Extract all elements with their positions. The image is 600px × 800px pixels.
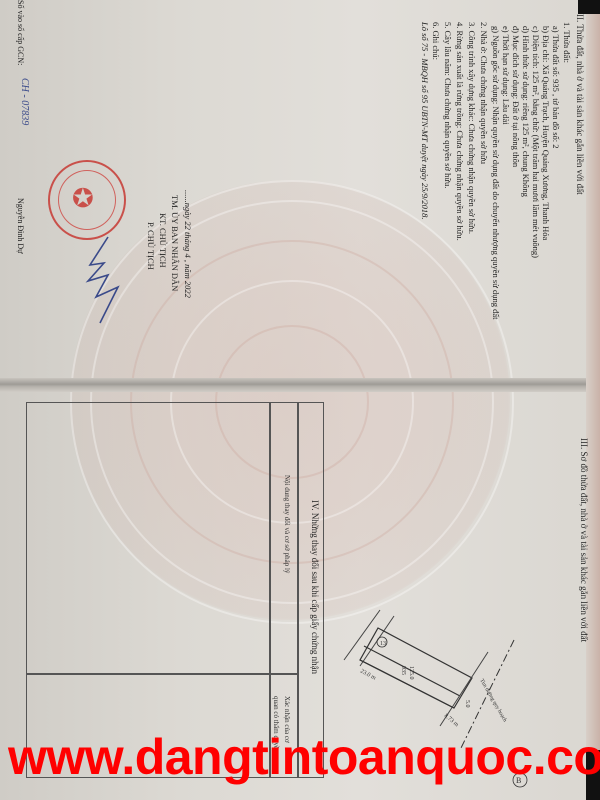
item-note-text: Lô số 75 - MBQH số 95 UBTN-MT duyệt ngày… <box>419 22 430 219</box>
svg-text:5.0: 5.0 <box>464 700 470 708</box>
signer-name: Nguyễn Đình Dự <box>15 198 26 253</box>
item-perennial: 5. Cây lâu năm: Chưa chứng nhận quyền sở… <box>442 22 453 188</box>
svg-text:13: 13 <box>380 641 386 647</box>
col-change-content: Nội dung thay đổi và cơ sở pháp lý <box>281 475 292 573</box>
svg-text:23.0 m: 23.0 m <box>359 668 377 681</box>
table-divider <box>27 673 299 675</box>
sign-date: ......ngày 22 tháng 4 , năm 2022 <box>182 190 193 298</box>
svg-text:8.73 m: 8.73 m <box>443 713 460 729</box>
item-house: 2. Nhà ở: Chưa chứng nhận quyền sở hữu <box>478 22 489 164</box>
svg-text:935: 935 <box>400 666 406 675</box>
star-emblem-icon: ✪ <box>72 186 94 212</box>
section-iv-title: IV. Những thay đổi sau khi cấp giấy chứn… <box>309 500 320 674</box>
table-divider <box>297 403 299 777</box>
field-usage-form: d) Hình thức sử dụng: riêng 125 m², chun… <box>520 26 531 197</box>
signature-scribble <box>78 235 138 325</box>
field-usage-term: e) Thời hạn sử dụng: Lâu dài <box>500 26 511 125</box>
page-fold <box>0 378 600 392</box>
item-forest: 4. Rừng sản xuất là rừng trồng: Chưa chứ… <box>454 22 465 241</box>
field-origin: g) Nguồn gốc sử dụng: Nhận quyền sử dụng… <box>490 26 501 319</box>
section-iii-title: III. Sơ đồ thửa đất, nhà ở và tài sản kh… <box>578 438 589 642</box>
field-area: c) Diện tích: 125 m², bằng chữ: (Một tră… <box>530 26 541 258</box>
field-address: b) Địa chỉ: Xã Quảng Trạch, Huyện Quảng … <box>540 26 551 240</box>
registry-value: CH - 07839 <box>19 78 30 125</box>
official-stamp: ✪ <box>48 160 126 240</box>
sign-kt: KT. CHỦ TỊCH <box>157 213 168 268</box>
field-usage-purpose: đ) Mục đích sử dụng: Đất ở tại nông thôn <box>510 26 521 167</box>
sign-org: TM. ỦY BAN NHÂN DÂN <box>169 195 180 291</box>
item-note-label: 6. Ghi chú: <box>430 22 441 60</box>
paper-edge <box>586 0 600 800</box>
sign-title: P. CHỦ TỊCH <box>145 222 156 270</box>
item-construction: 3. Công trình xây dựng khác: Chưa chứng … <box>466 22 477 234</box>
section-ii-title: II. Thửa đất, nhà ở và tài sản khác gắn … <box>574 14 585 195</box>
svg-text:125.0: 125.0 <box>408 666 414 680</box>
svg-text:Tim đường quy hoạch: Tim đường quy hoạch <box>478 678 508 723</box>
background-corner <box>578 0 600 14</box>
field-parcel-number: a) Thửa đất số: 935 , tờ bản đồ số: 2 <box>550 26 561 149</box>
site-watermark: www.dangtintoanquoc.com <box>8 728 600 786</box>
section-ii-sub1: 1. Thửa đất: <box>561 22 572 63</box>
registry-label: Số vào sổ cấp GCN: <box>15 0 26 65</box>
